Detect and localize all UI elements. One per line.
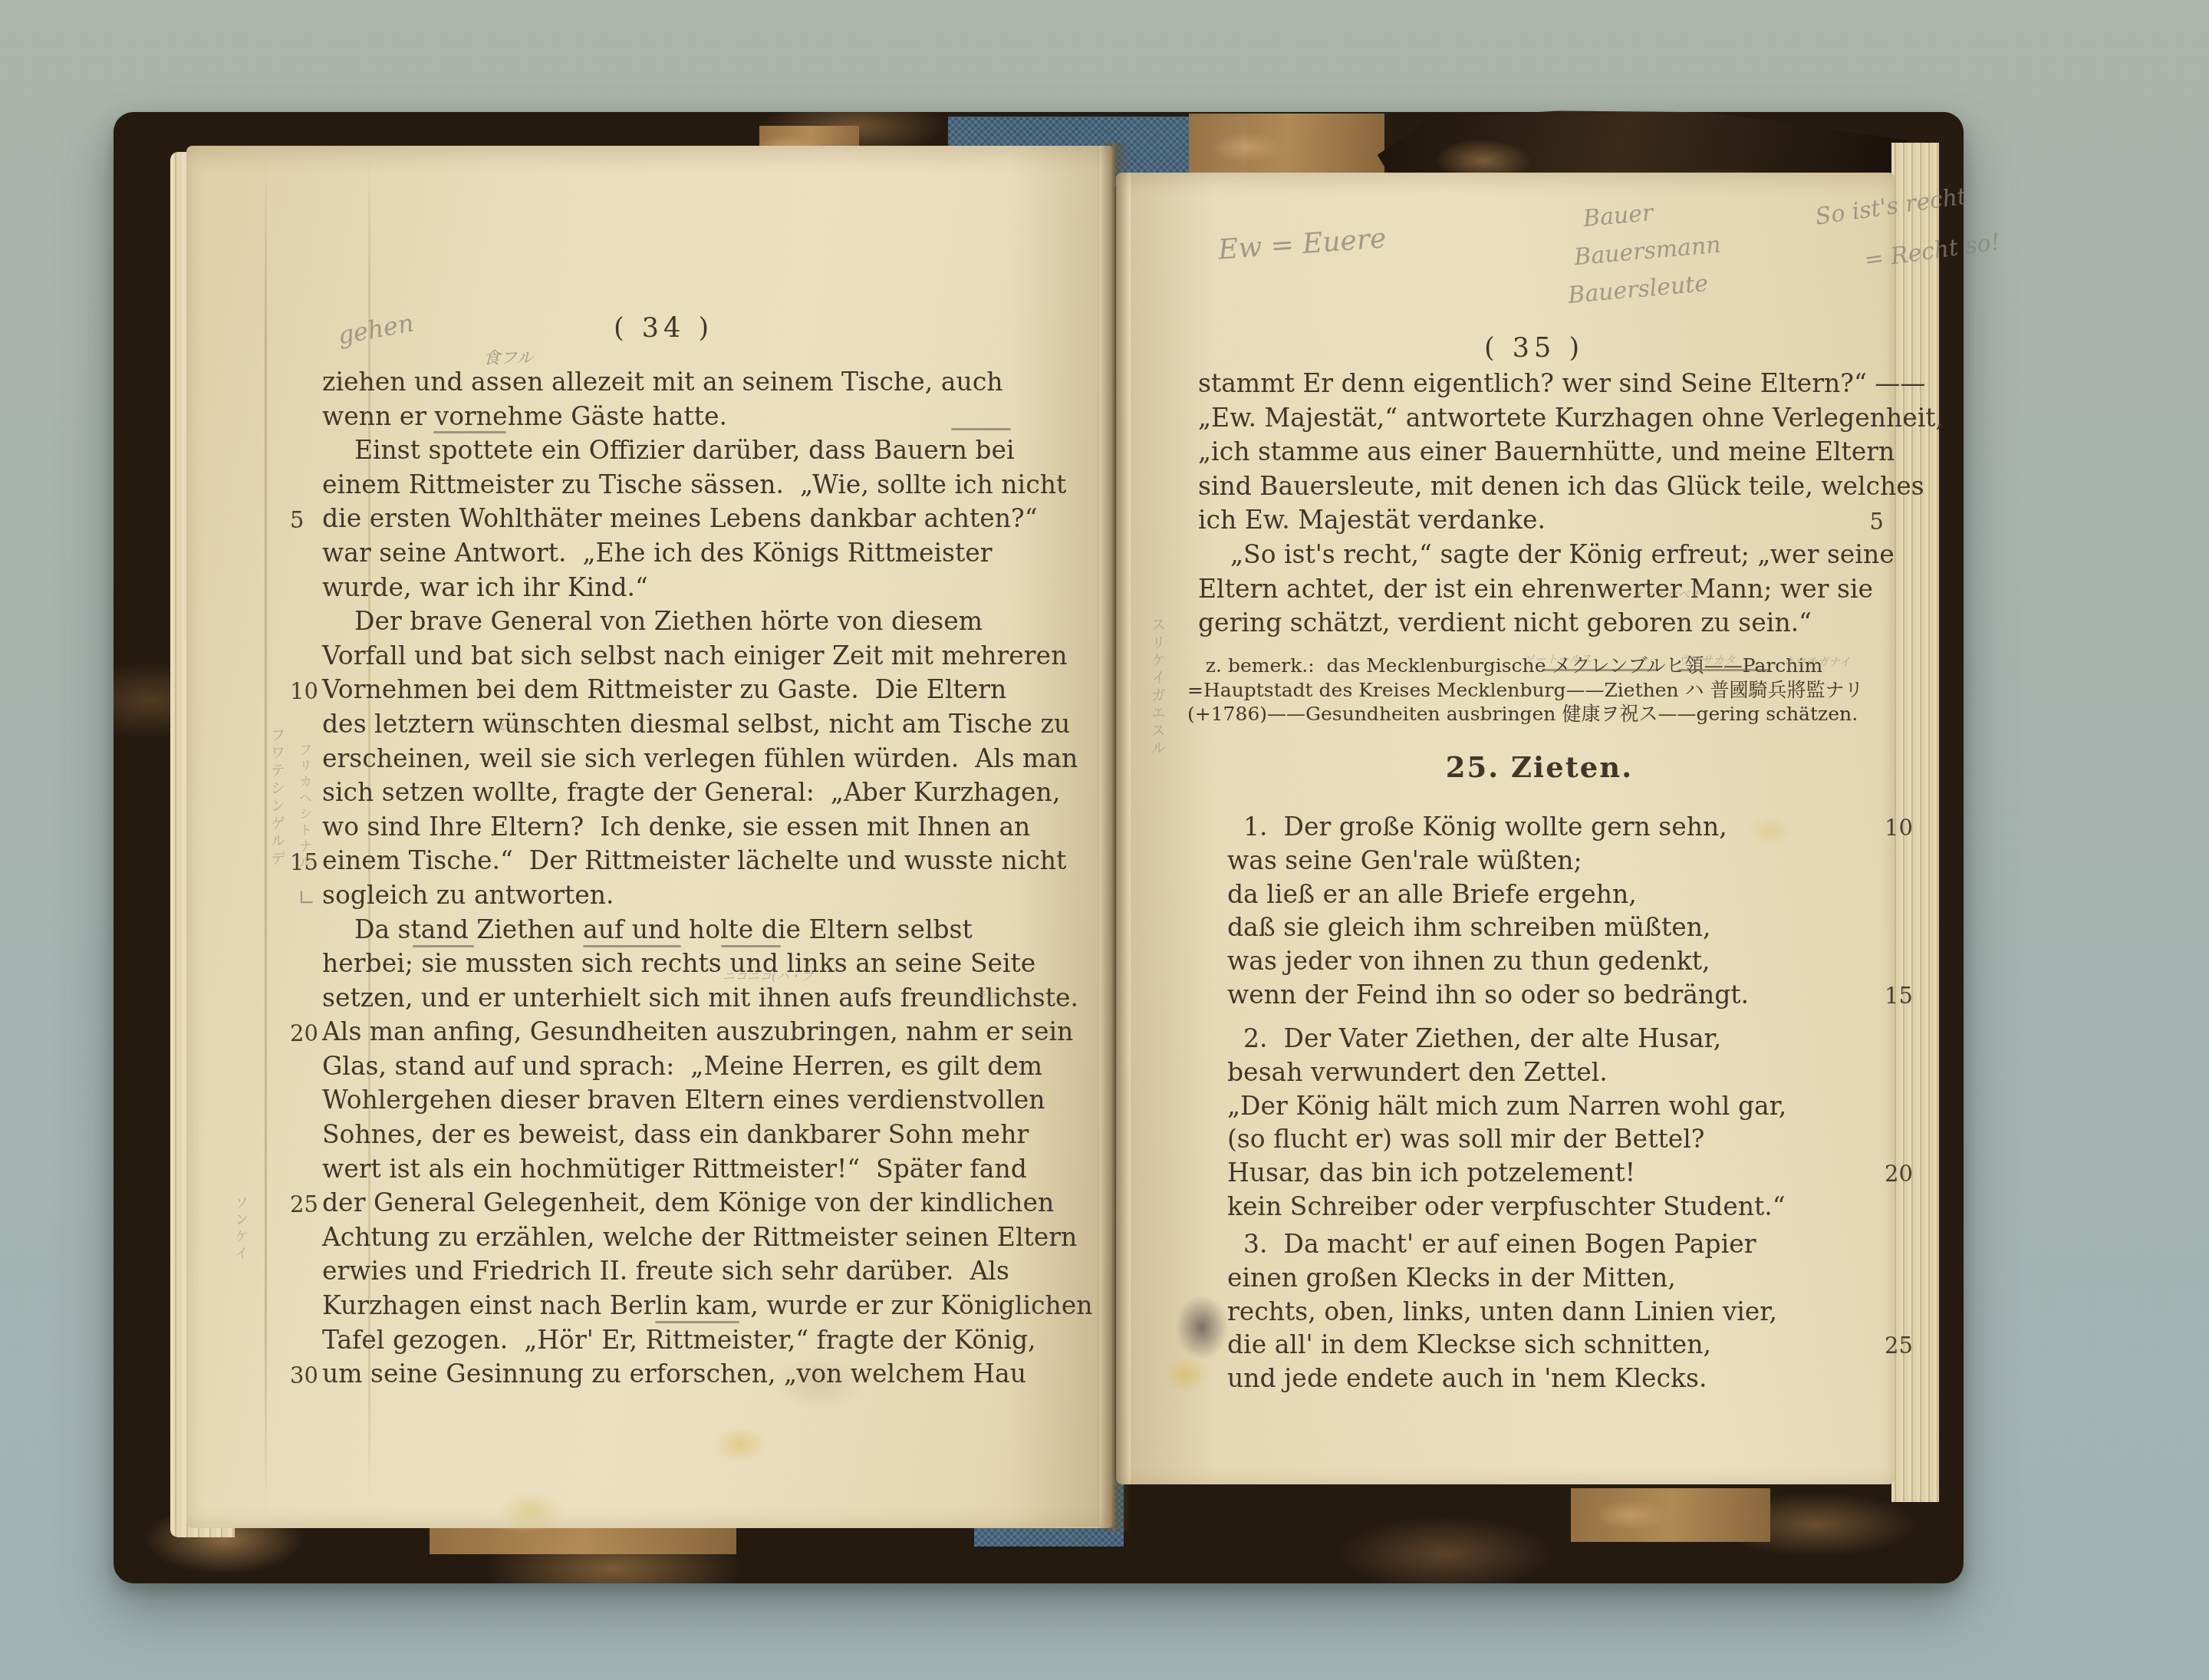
photo-background: ( 34 ) ziehen und assen allezeit mit an …	[0, 0, 2209, 1680]
pencil-annotation: Bauer	[1582, 199, 1654, 232]
pencil-annotation: ソートールス	[1523, 651, 1592, 667]
pencil-annotation: = Recht so!	[1862, 229, 2001, 274]
pencil-annotation: Ew = Euere	[1217, 222, 1388, 265]
pencil-annotation: gehen	[335, 308, 416, 351]
pencil-annotation: ナットホベチ	[1632, 586, 1701, 602]
pencil-underline	[951, 428, 1011, 430]
pencil-underline	[1678, 669, 1769, 671]
pencil-annotation: フリカヘシトナル	[295, 743, 314, 871]
pencil-annotation: ソンケイ	[230, 1195, 250, 1263]
pencil-annotation: 食フル	[483, 345, 533, 369]
pencil-underline	[1542, 669, 1657, 671]
pencil-underline	[655, 1321, 739, 1323]
pencil-annotation: Bauersleute	[1567, 270, 1710, 309]
pencil-annotation: ウマサカタ	[1678, 652, 1736, 668]
pencil-annotation: So ist's recht	[1814, 183, 1969, 230]
pencil-annotations: Ew = EuereBauerBauersmannBauersleuteSo i…	[114, 98, 1964, 1583]
pencil-annotation: シラヌフリ	[962, 987, 1022, 1004]
pencil-underline	[721, 945, 781, 947]
pencil-annotation: スリケイガエスル	[1147, 617, 1168, 758]
pencil-underline	[433, 431, 506, 433]
pencil-annotation: ∟	[298, 885, 315, 911]
pencil-annotation: ニコニコ(ハ・フ	[723, 967, 813, 984]
pencil-annotation: Bauersmann	[1573, 232, 1722, 272]
pencil-underline	[583, 945, 681, 947]
pencil-underline	[413, 945, 474, 947]
book: ( 34 ) ziehen und assen allezeit mit an …	[114, 98, 1964, 1583]
pencil-annotation: ネウチガナイ	[1783, 654, 1851, 670]
pencil-annotation: ユーカン	[492, 716, 545, 736]
pencil-annotation: フワテシンゲルデ	[267, 727, 288, 868]
